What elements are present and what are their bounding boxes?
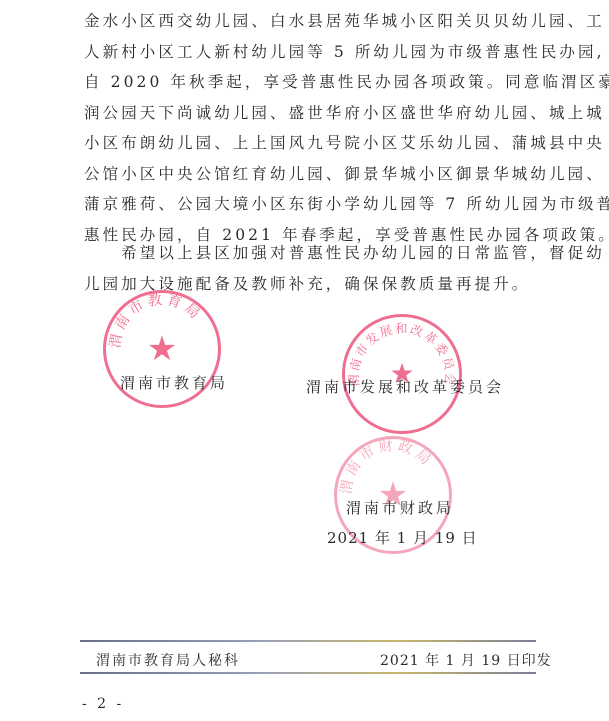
- footer-issue-date: 2021 年 1 月 19 日印发: [380, 650, 552, 670]
- body-paragraph-1: 金水小区西交幼儿园、白水县居苑华城小区阳关贝贝幼儿园、工 人新村小区工人新村幼儿…: [84, 6, 544, 250]
- signer-finance-bureau: 渭南市财政局: [346, 497, 454, 518]
- signature-date: 2021 年 1 月 19 日: [327, 527, 478, 548]
- footer-issuer: 渭南市教育局人秘科: [96, 650, 240, 670]
- signer-education-bureau: 渭南市教育局: [120, 372, 228, 393]
- page-number: - 2 -: [82, 696, 124, 712]
- text-line: 自 2020 年秋季起，享受普惠性民办园各项政策。同意临渭区豪: [84, 67, 544, 98]
- signer-development-reform: 渭南市发展和改革委员会: [306, 376, 504, 397]
- text-line: 润公园天下尚诚幼儿园、盛世华府小区盛世华府幼儿园、城上城: [84, 98, 544, 129]
- footer-bottom-rule: [80, 672, 536, 674]
- text-line: 小区布朗幼儿园、上上国风九号院小区艾乐幼儿园、蒲城县中央: [84, 128, 544, 159]
- star-icon: ★: [147, 332, 177, 366]
- text-line: 希望以上县区加强对普惠性民办幼儿园的日常监管，督促幼: [84, 238, 544, 269]
- footer-top-rule: [80, 640, 536, 642]
- text-line: 公馆小区中央公馆红育幼儿园、御景华城小区御景华城幼儿园、: [84, 159, 544, 190]
- development-reform-seal: 渭南市发展和改革委员会 ★: [342, 314, 462, 434]
- text-line: 人新村小区工人新村幼儿园等 5 所幼儿园为市级普惠性民办园,: [84, 37, 544, 68]
- text-line: 金水小区西交幼儿园、白水县居苑华城小区阳关贝贝幼儿园、工: [84, 6, 544, 37]
- text-line: 蒲京雅荷、公园大境小区东街小学幼儿园等 7 所幼儿园为市级普: [84, 189, 544, 220]
